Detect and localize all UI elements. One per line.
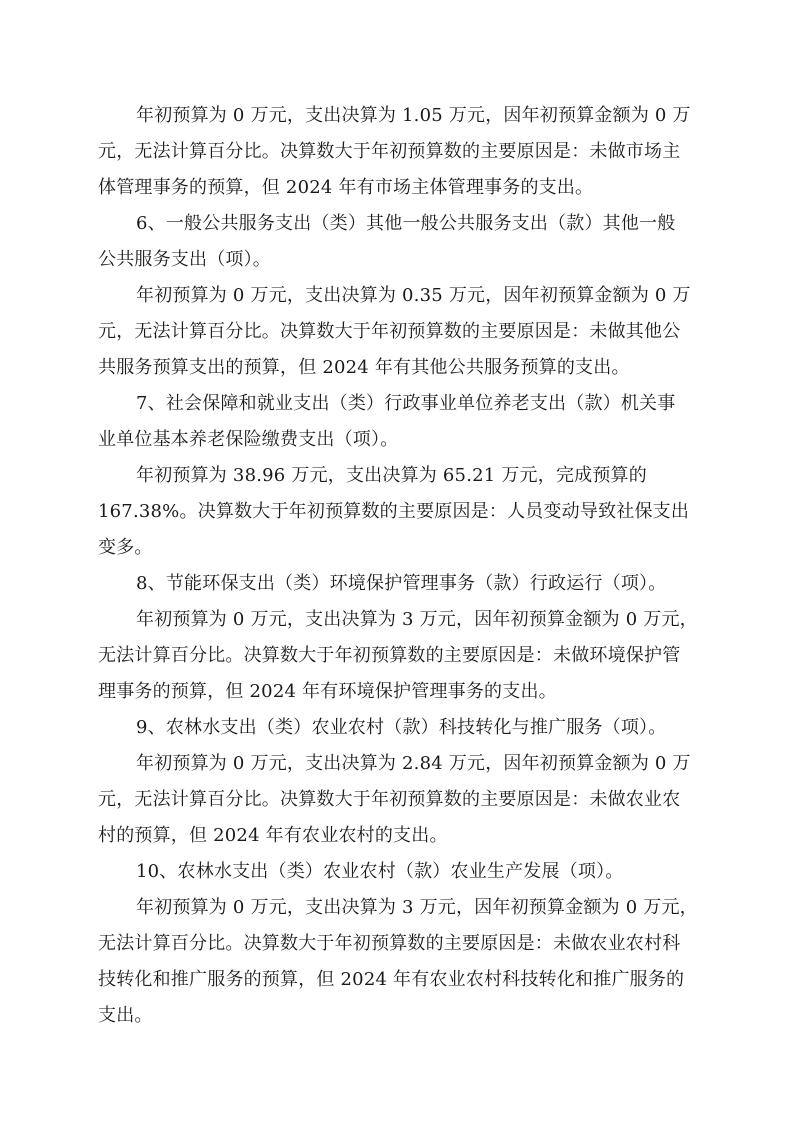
- paragraph-body: 年初预算为 0 万元，支出决算为 1.05 万元，因年初预算金额为 0 万 元，…: [98, 98, 698, 206]
- text-line: 理事务的预算，但 2024 年有环境保护管理事务的支出。: [98, 674, 698, 710]
- text-line: 元，无法计算百分比。决算数大于年初预算数的主要原因是：未做农业农: [98, 782, 698, 818]
- text-line: 公共服务支出（项）。: [98, 242, 698, 278]
- text-line: 体管理事务的预算，但 2024 年有市场主体管理事务的支出。: [98, 170, 698, 206]
- paragraph-body: 年初预算为 0 万元，支出决算为 3 万元，因年初预算金额为 0 万元， 无法计…: [98, 602, 698, 710]
- text-line: 年初预算为 0 万元，支出决算为 3 万元，因年初预算金额为 0 万元，: [98, 890, 698, 926]
- text-line: 6、一般公共服务支出（类）其他一般公共服务支出（款）其他一般: [98, 206, 698, 242]
- text-line: 167.38%。决算数大于年初预算数的主要原因是：人员变动导致社保支出: [98, 494, 698, 530]
- section-heading-10: 10、农林水支出（类）农业农村（款）农业生产发展（项）。: [98, 854, 698, 890]
- text-line: 无法计算百分比。决算数大于年初预算数的主要原因是：未做农业农村科: [98, 926, 698, 962]
- section-heading-9: 9、农林水支出（类）农业农村（款）科技转化与推广服务（项）。: [98, 710, 698, 746]
- text-line: 年初预算为 0 万元，支出决算为 1.05 万元，因年初预算金额为 0 万: [98, 98, 698, 134]
- section-heading-7: 7、社会保障和就业支出（类）行政事业单位养老支出（款）机关事 业单位基本养老保险…: [98, 386, 698, 458]
- paragraph-body: 年初预算为 0 万元，支出决算为 3 万元，因年初预算金额为 0 万元， 无法计…: [98, 890, 698, 1034]
- text-line: 业单位基本养老保险缴费支出（项）。: [98, 422, 698, 458]
- text-line: 年初预算为 0 万元，支出决算为 0.35 万元，因年初预算金额为 0 万: [98, 278, 698, 314]
- text-line: 年初预算为 0 万元，支出决算为 2.84 万元，因年初预算金额为 0 万: [98, 746, 698, 782]
- text-line: 7、社会保障和就业支出（类）行政事业单位养老支出（款）机关事: [98, 386, 698, 422]
- text-line: 支出。: [98, 998, 698, 1034]
- section-heading-6: 6、一般公共服务支出（类）其他一般公共服务支出（款）其他一般 公共服务支出（项）…: [98, 206, 698, 278]
- paragraph-body: 年初预算为 0 万元，支出决算为 2.84 万元，因年初预算金额为 0 万 元，…: [98, 746, 698, 854]
- text-line: 元，无法计算百分比。决算数大于年初预算数的主要原因是：未做其他公: [98, 314, 698, 350]
- text-line: 无法计算百分比。决算数大于年初预算数的主要原因是：未做环境保护管: [98, 638, 698, 674]
- text-line: 9、农林水支出（类）农业农村（款）科技转化与推广服务（项）。: [98, 710, 698, 746]
- paragraph-body: 年初预算为 38.96 万元，支出决算为 65.21 万元，完成预算的 167.…: [98, 458, 698, 566]
- text-line: 技转化和推广服务的预算，但 2024 年有农业农村科技转化和推广服务的: [98, 962, 698, 998]
- section-heading-8: 8、节能环保支出（类）环境保护管理事务（款）行政运行（项）。: [98, 566, 698, 602]
- text-line: 10、农林水支出（类）农业农村（款）农业生产发展（项）。: [98, 854, 698, 890]
- text-line: 元，无法计算百分比。决算数大于年初预算数的主要原因是：未做市场主: [98, 134, 698, 170]
- text-line: 村的预算，但 2024 年有农业农村的支出。: [98, 818, 698, 854]
- text-line: 共服务预算支出的预算，但 2024 年有其他公共服务预算的支出。: [98, 350, 698, 386]
- text-line: 年初预算为 0 万元，支出决算为 3 万元，因年初预算金额为 0 万元，: [98, 602, 698, 638]
- text-line: 年初预算为 38.96 万元，支出决算为 65.21 万元，完成预算的: [98, 458, 698, 494]
- text-line: 变多。: [98, 530, 698, 566]
- paragraph-body: 年初预算为 0 万元，支出决算为 0.35 万元，因年初预算金额为 0 万 元，…: [98, 278, 698, 386]
- document-page: 年初预算为 0 万元，支出决算为 1.05 万元，因年初预算金额为 0 万 元，…: [98, 98, 698, 1034]
- text-line: 8、节能环保支出（类）环境保护管理事务（款）行政运行（项）。: [98, 566, 698, 602]
